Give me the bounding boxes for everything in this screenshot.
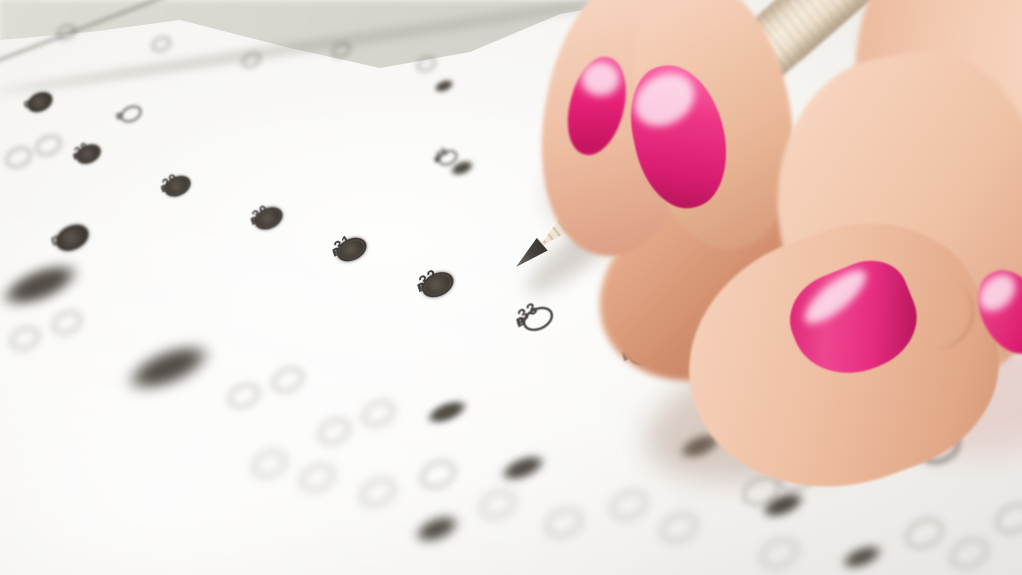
- photo-test-sheet-scene: BCDCDBCD45ABCD46AB 28ABCD29ABCD30ABCD31A…: [0, 0, 1022, 575]
